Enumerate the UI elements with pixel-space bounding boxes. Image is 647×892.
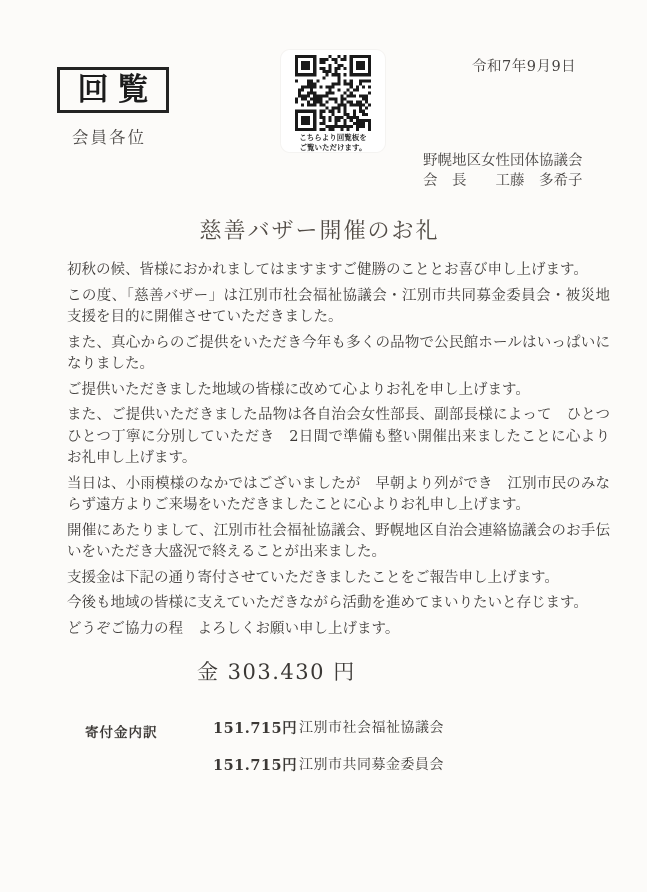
breakdown-row: 151.715円 江別市社会福祉協議会: [213, 717, 444, 754]
sender-president: 会 長 工藤 多希子: [423, 169, 583, 190]
audience-line: 会員各位: [72, 124, 146, 148]
qr-caption-line1: こちらより回覧板を: [299, 133, 367, 143]
breakdown-label: 寄付金内訳: [85, 721, 158, 741]
qr-caption: こちらより回覧板を ご覧いただけます。: [299, 133, 367, 152]
qr-card: こちらより回覧板を ご覧いただけます。: [281, 50, 385, 152]
letter-body: 初秋の候、皆様におかれましてはますますご健勝のこととお喜び申し上げます。この度、…: [67, 260, 610, 644]
qr-code-icon: [293, 55, 373, 131]
sender-organization: 野幌地区女性団体協議会: [423, 149, 583, 170]
circulation-stamp-box: 回覧: [57, 67, 169, 113]
circulation-stamp-text: 回覧: [78, 75, 158, 106]
letter-paragraph: 支援金は下記の通り寄付させていただきましたことをご報告申し上げます。: [67, 568, 610, 590]
document-date: 令和7年9月9日: [472, 55, 576, 76]
breakdown-amount: 151.715円: [213, 754, 299, 775]
breakdown-recipient: 江別市共同募金委員会: [299, 754, 444, 774]
qr-caption-line2: ご覧いただけます。: [299, 143, 367, 153]
total-amount: 金 303.430 円: [197, 656, 356, 686]
breakdown-amount: 151.715円: [213, 717, 299, 738]
scanned-letter-page: 回覧 会員各位 こちらより回覧板を ご覧いただけます。 令和7年9月9日 野幌地…: [0, 0, 647, 892]
letter-paragraph: また、ご提供いただきました品物は各自治会女性部長、副部長様によって ひとつひとつ…: [67, 405, 610, 470]
page-title: 慈善バザー開催のお礼: [0, 214, 639, 245]
breakdown-row: 151.715円 江別市共同募金委員会: [213, 754, 444, 791]
letter-paragraph: また、真心からのご提供をいただき今年も多くの品物で公民館ホールはいっぱいになりま…: [67, 333, 610, 376]
breakdown-recipient: 江別市社会福祉協議会: [299, 717, 444, 737]
letter-paragraph: 開催にあたりまして、江別市社会福祉協議会、野幌地区自治会連絡協議会のお手伝いをい…: [67, 521, 610, 564]
letter-paragraph: ご提供いただきました地域の皆様に改めて心よりお礼を申し上げます。: [67, 380, 610, 402]
letter-paragraph: この度、「慈善バザー」は江別市社会福祉協議会・江別市共同募金委員会・被災地支援を…: [67, 286, 610, 329]
breakdown-rows: 151.715円 江別市社会福祉協議会 151.715円 江別市共同募金委員会: [213, 717, 444, 791]
letter-paragraph: 今後も地域の皆様に支えていただきながら活動を進めてまいりたいと存じます。: [67, 593, 610, 615]
letter-paragraph: 当日は、小雨模様のなかではございましたが 早朝より列ができ 江別市民のみならず遠…: [67, 474, 610, 517]
letter-paragraph: どうぞご協力の程 よろしくお願い申し上げます。: [67, 619, 610, 641]
letter-paragraph: 初秋の候、皆様におかれましてはますますご健勝のこととお喜び申し上げます。: [67, 260, 610, 282]
